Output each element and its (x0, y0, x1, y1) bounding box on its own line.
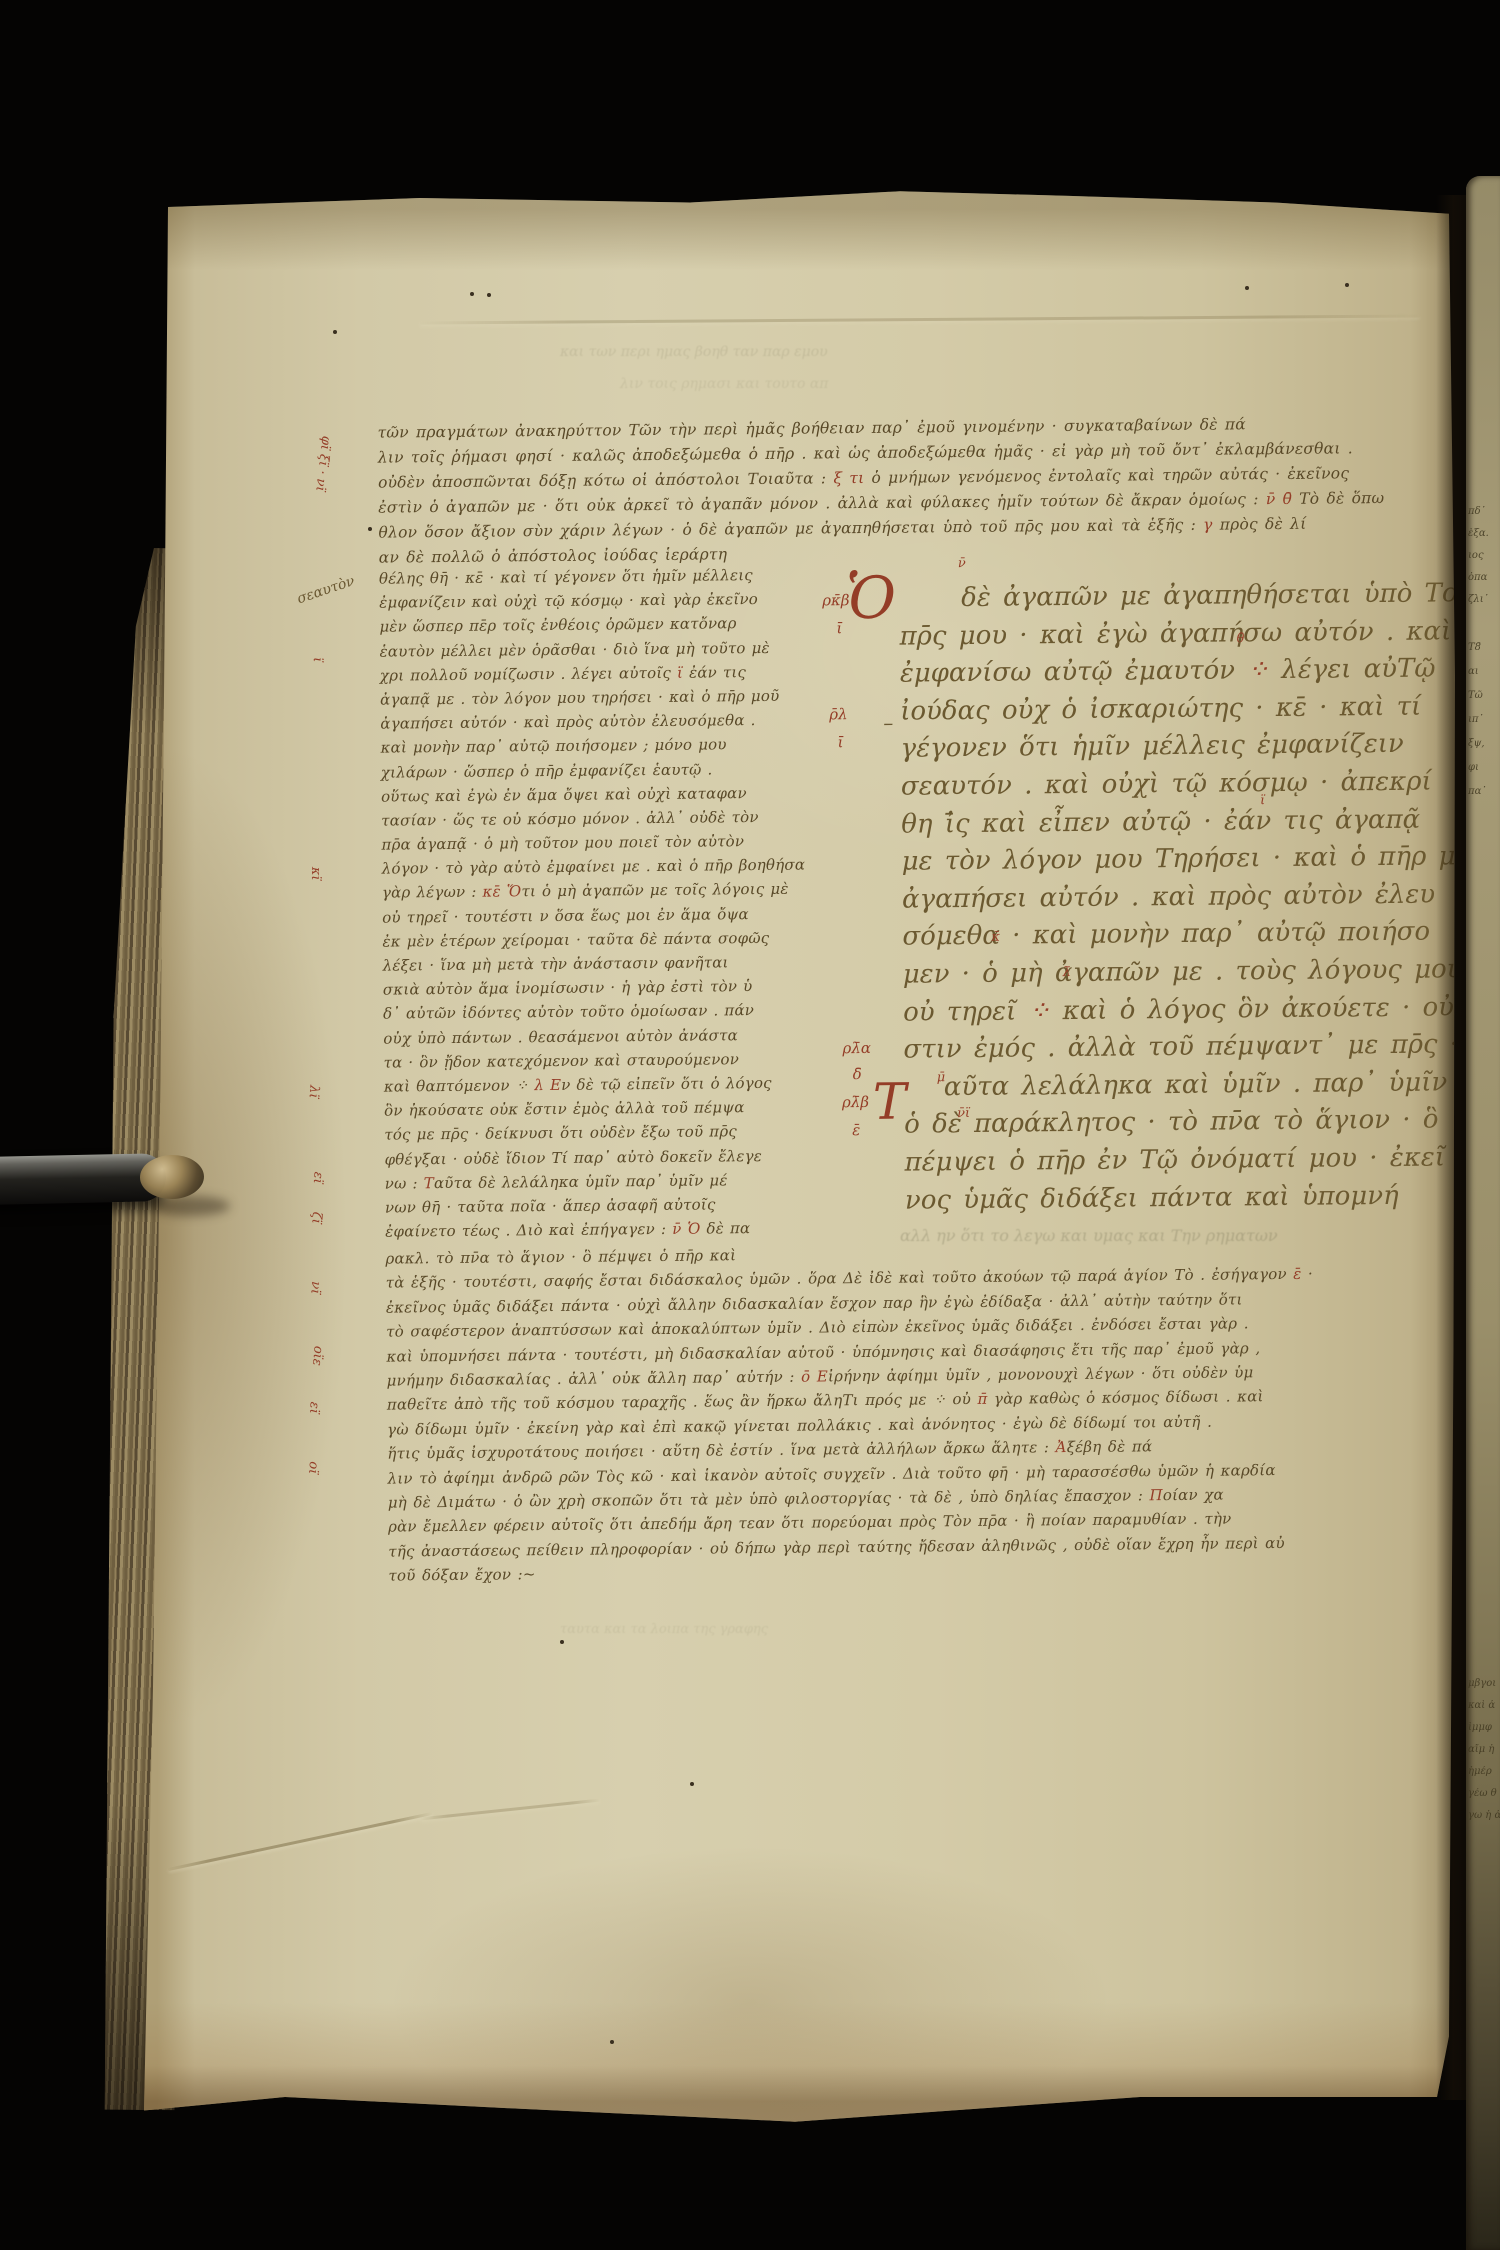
section-number: ρλ̄β (842, 1093, 869, 1111)
text-line: ἰούδας οὐχ ὁ ἰσκαριώτης · κε̄ · καὶ τί (900, 691, 1452, 734)
margin-mark: εϊ (310, 1171, 326, 1184)
margin-mark: οϊε (309, 1345, 325, 1366)
rubric-letter: κ̄ (991, 930, 1000, 945)
section-number: ρλ̄α (842, 1039, 871, 1057)
margin-mark: ζϊ (308, 1211, 324, 1224)
text-line: θη ἰ̄ς καὶ εἶπεν αὐτῷ · ἐάν τις ἀγαπᾷ (901, 804, 1453, 847)
text-line: ὁ δὲ παράκλητος · τὸ πν̄α τὸ ἅγιον · ὃ (904, 1105, 1456, 1148)
margin-mark: κϊ (308, 867, 323, 881)
facing-page-text-fragment: φι (1468, 762, 1500, 773)
manuscript-photo: και των περι ημας βοηθ ταν παρ εμουλιν τ… (0, 0, 1500, 2250)
margin-mark: λϊ (306, 1085, 322, 1099)
margin-mark: φϊ ξϊ · νϊ (312, 435, 333, 492)
facing-page-text-fragment: ιπ᾽ (1468, 714, 1500, 725)
text-line: ἀγαπήσει αὐτόν . καὶ πρὸς αὐτὸν ἐλευ (902, 879, 1454, 922)
facing-page-text-fragment: ἡμέρ (1468, 1766, 1500, 1777)
facing-page-text-fragment: ζλι᾽ (1468, 594, 1500, 605)
text-line: ἐφαίνετο τέως . Διὸ καὶ ἐπήγαγεν : ν̄ Ὁ … (385, 1218, 835, 1247)
gutter-section-numbers: ρκ̄βῑρ̄λῑρλ̄αδ̄ρλ̄βε̄ (0, 0, 1490, 7)
rubric-letter: λ̄ (1063, 965, 1071, 980)
section-number: ῑ (836, 619, 842, 637)
facing-page-text-fragment: γω ἡ ἀ (1468, 1810, 1500, 1821)
rubric-letter: θ̄ (1236, 631, 1244, 646)
gospel-text-column: δὲ ἀγαπῶν με ἀγαπηθήσεται ὑπὸ Τοῦπρ̄ς μο… (899, 578, 1457, 1222)
text-line: με τὸν λόγον μου Τηρήσει · καὶ ὁ πη̄ρ μο… (902, 841, 1454, 884)
section-number: ρκ̄β (822, 591, 849, 609)
facing-page-text-fragment: ξψ, (1468, 738, 1500, 749)
section-number: δ̄ (853, 1065, 862, 1083)
text-line: πέμψει ὁ πη̄ρ ἐν Τῷ ὀνόματί μου · ἐκεῖ (904, 1142, 1456, 1185)
margin-mark: εϊ (306, 1401, 322, 1414)
facing-page-text-fragment: Τ8̄ (1468, 642, 1500, 653)
margin-mark: οϊ (305, 1461, 321, 1475)
facing-page-text-fragment: ὀπα (1468, 572, 1500, 583)
glass-rod-weight (0, 1153, 166, 1205)
commentary-left-column: θέλης θη̄ · κε̄ · καὶ τί γέγονεν ὅτι ἡμῖ… (379, 565, 835, 1247)
commentary-top-block: τῶν πραγμάτων ἀνακηρύττον Τῶν τὴν περὶ ἡ… (377, 413, 1446, 573)
text-line: μεν · ὁ μὴ ἀγαπῶν με . τοὺς λόγους μου (903, 954, 1455, 997)
facing-page-text-fragment: πδ᾽ (1468, 506, 1500, 517)
facing-page-text-fragment: ἑξα. (1468, 528, 1500, 539)
text-line: οὐ τηρεῖ ⁘ καὶ ὁ λόγος ὃν ἀκούετε · οὐκ … (903, 992, 1455, 1035)
text-line: ἐμφανίσω αὐτῷ ἐμαυτόν ⁘ λέγει αὐΤῷ (900, 654, 1452, 697)
section-number: ε̄ (852, 1121, 860, 1139)
facing-page-text-fragment: καὶ ἀ (1468, 1700, 1500, 1711)
facing-page-text-fragment: ιος (1468, 550, 1500, 561)
text-line: δὲ ἀγαπῶν με ἀγαπηθήσεται ὑπὸ Τοῦ (899, 578, 1451, 621)
section-number: ρ̄λ (829, 705, 848, 723)
facing-page-edge: πδ᾽ἑξα.ιοςὀπαζλι᾽Τ8̄αιΤῶιπ᾽ξψ,φιπα᾽μβγοι… (1466, 176, 1500, 2250)
facing-page-text-fragment: πα᾽ (1468, 786, 1500, 797)
rubric-letter: ϊ (1260, 793, 1265, 808)
text-line: γέγονεν ὅτι ἡμῖν μέλλεις ἐμφανίζειν (900, 729, 1452, 772)
facing-page-text-fragment: αι (1468, 666, 1500, 677)
rubric-letter: ν̄ (958, 556, 966, 571)
text-line: στιν ἐμός . ἀλλὰ τοῦ πέμψαντ᾽ με πρ̄ς · (903, 1029, 1455, 1072)
rubric-letter: μ̄ (937, 1070, 946, 1085)
text-line: νος ὑμᾶς διδάξει πάντα καὶ ὑπομνή (905, 1180, 1457, 1223)
section-number: ῑ (837, 733, 843, 751)
rod-shadow (150, 1196, 230, 1216)
rubric-initial-omicron: Ὁ (846, 569, 896, 627)
parchment-page: και των περι ημας βοηθ ταν παρ εμουλιν τ… (0, 0, 1500, 2250)
marginal-gloss: σεαυτὸν (295, 573, 357, 607)
text-line: αῦτα λελάληκα καὶ ὑμῖν . παρ᾽ ὑμῖν μένω̄… (904, 1067, 1456, 1110)
facing-page-text-fragment: αἴμ ἡ (1468, 1744, 1500, 1755)
text-line: σόμεθα · καὶ μονὴν παρ᾽ αὐτῷ ποιήσο (902, 917, 1454, 960)
facing-page-text-fragment: μβγοι (1468, 1678, 1500, 1689)
rubric-initial-tau: Τ (873, 1077, 907, 1127)
paragraphos-dash: – (883, 711, 893, 735)
margin-mark: νϊ (307, 1281, 323, 1295)
text-line: πρ̄ς μου · καὶ ἐγὼ ἀγαπήσω αὐτόν . καὶ (899, 616, 1451, 659)
commentary-bottom-block: ρακλ. τὸ πν̄α τὸ ἅγιον · ὃ πέμψει ὁ πη̄ρ… (385, 1239, 1463, 1591)
margin-mark: ϊ (310, 657, 325, 662)
rubric-overlays: ν̄θ̄ϊκ̄λ̄μ̄ν̄ϊ (0, 0, 1490, 7)
facing-page-text-fragment: γέω θ (1468, 1788, 1500, 1799)
margin-section-numbers: φϊ ξϊ · νϊϊκϊλϊεϊζϊνϊοϊεεϊοϊ (0, 0, 1490, 7)
facing-page-text-fragment: Τῶ (1468, 690, 1500, 701)
page-content: τῶν πραγμάτων ἀνακηρύττον Τῶν τὴν περὶ ἡ… (0, 0, 1500, 2250)
text-line: σεαυτόν . καὶ οὐχὶ τῷ κόσμῳ · ἀπεκρί (901, 766, 1453, 809)
facing-page-text-fragment: ἱμμφ (1468, 1722, 1500, 1733)
rubric-letter: ν̄ϊ (957, 1106, 970, 1121)
